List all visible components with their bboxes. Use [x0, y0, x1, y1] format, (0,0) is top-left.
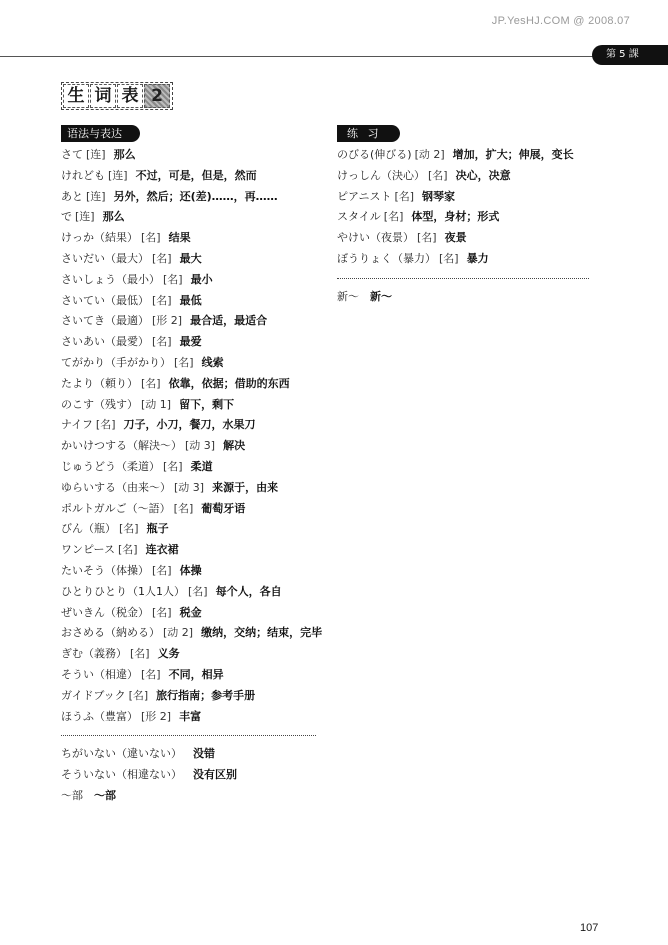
- vocab-meaning: 夜景: [445, 231, 467, 244]
- vocab-meaning: 连衣裙: [146, 543, 179, 556]
- vocab-word: ガイドブック: [61, 689, 126, 702]
- vocab-entry: のびる(伸びる)[动 2]增加，扩大；伸展，变长: [337, 145, 627, 166]
- lesson-badge: 第 5 課: [592, 45, 668, 65]
- part-of-speech: [形 2]: [141, 710, 171, 723]
- part-of-speech: [名]: [417, 231, 437, 244]
- vocab-word: たいそう（体操）: [61, 564, 149, 577]
- vocab-word: ワンピース: [61, 543, 115, 556]
- vocab-meaning: 柔道: [191, 460, 213, 473]
- vocab-list: のびる(伸びる)[动 2]增加，扩大；伸展，变长けっしん（決心）[名]决心，决意…: [337, 145, 627, 270]
- vocab-meaning: 最爱: [180, 335, 202, 348]
- part-of-speech: [名]: [152, 294, 172, 307]
- part-of-speech: [名]: [163, 273, 183, 286]
- part-of-speech: [连]: [86, 190, 106, 203]
- vocab-entry: で[连]那么: [61, 207, 321, 228]
- vocab-word: けれども: [61, 169, 105, 182]
- vocab-entry: ワンピース[名]连衣裙: [61, 540, 321, 561]
- part-of-speech: [动 2]: [415, 148, 445, 161]
- vocab-meaning: 留下，剩下: [179, 398, 234, 411]
- vocab-meaning: 另外，然后；还(差)……，再……: [114, 190, 278, 203]
- part-of-speech: [名]: [152, 606, 172, 619]
- vocab-meaning: 那么: [103, 210, 125, 223]
- vocab-entry: ひとりひとり（1人1人）[名]每个人，各自: [61, 582, 321, 603]
- vocab-word: ナイフ: [61, 418, 93, 431]
- vocab-entry: たいそう（体操）[名]体操: [61, 561, 321, 582]
- vocab-word: びん（瓶）: [61, 522, 116, 535]
- title-char: 表: [117, 84, 143, 108]
- section-label-grammar: 语法与表达: [61, 125, 140, 142]
- part-of-speech: [名]: [130, 647, 150, 660]
- vocab-word: てがかり（手がかり）: [61, 356, 171, 369]
- page-number: 107: [580, 922, 598, 934]
- vocab-entry: かいけつする（解決～）[动 3]解决: [61, 436, 321, 457]
- vocab-meaning: 体操: [180, 564, 202, 577]
- part-of-speech: [名]: [428, 169, 448, 182]
- part-of-speech: [名]: [141, 377, 161, 390]
- vocab-word: スタイル: [337, 210, 381, 223]
- vocab-meaning: 刀子，小刀，餐刀，水果刀: [124, 418, 256, 431]
- vocab-list-extra: 新～新～: [337, 287, 627, 308]
- vocab-meaning: 缴纳，交纳；结束，完毕: [201, 626, 322, 639]
- vocab-meaning: 解决: [223, 439, 245, 452]
- part-of-speech: [名]: [394, 190, 414, 203]
- part-of-speech: [形 2]: [152, 314, 182, 327]
- right-column: 练 习 のびる(伸びる)[动 2]增加，扩大；伸展，变长けっしん（決心）[名]决…: [337, 122, 627, 308]
- vocab-meaning: 来源于，由来: [212, 481, 278, 494]
- vocab-meaning: 那么: [114, 148, 136, 161]
- vocab-word: やけい（夜景）: [337, 231, 414, 244]
- dotted-divider: [61, 735, 316, 736]
- part-of-speech: [名]: [152, 335, 172, 348]
- vocab-meaning: 没有区别: [193, 768, 237, 781]
- vocab-meaning: 义务: [158, 647, 180, 660]
- part-of-speech: [动 1]: [141, 398, 171, 411]
- vocab-meaning: 决心，决意: [456, 169, 511, 182]
- vocab-word: さて: [61, 148, 83, 161]
- watermark-text: JP.YesHJ.COM @ 2008.07: [492, 15, 630, 27]
- vocab-entry: 新～新～: [337, 287, 627, 308]
- vocab-entry: ゆらいする（由来～）[动 3]来源于，由来: [61, 478, 321, 499]
- vocab-entry: さいあい（最愛）[名]最爱: [61, 332, 321, 353]
- vocab-meaning: 线索: [202, 356, 224, 369]
- vocab-entry: びん（瓶）[名]瓶子: [61, 519, 321, 540]
- vocab-word: けっしん（決心）: [337, 169, 425, 182]
- part-of-speech: [连]: [86, 148, 106, 161]
- vocab-word: ポルトガルご（～語）: [61, 502, 171, 515]
- part-of-speech: [动 3]: [174, 481, 204, 494]
- left-column: 语法与表达 さて[连]那么けれども[连]不过，可是，但是，然而あと[连]另外，然…: [61, 122, 321, 807]
- vocab-meaning: 新～: [370, 290, 392, 303]
- vocab-meaning: 瓶子: [147, 522, 169, 535]
- part-of-speech: [名]: [129, 689, 149, 702]
- vocab-entry: さいてき（最適）[形 2]最合适，最适合: [61, 311, 321, 332]
- dotted-divider: [337, 278, 589, 279]
- part-of-speech: [连]: [108, 169, 128, 182]
- title-char: 词: [90, 84, 116, 108]
- vocab-meaning: 不过，可是，但是，然而: [136, 169, 257, 182]
- vocab-word: ほうふ（豊富）: [61, 710, 138, 723]
- vocab-entry: ポルトガルご（～語）[名]葡萄牙语: [61, 499, 321, 520]
- vocab-entry: たより（頼り）[名]依靠，依据；借助的东西: [61, 374, 321, 395]
- vocab-entry: ぼうりょく（暴力）[名]暴力: [337, 249, 627, 270]
- vocab-word: かいけつする（解決～）: [61, 439, 182, 452]
- vocab-entry: てがかり（手がかり）[名]线索: [61, 353, 321, 374]
- part-of-speech: [名]: [188, 585, 208, 598]
- part-of-speech: [名]: [174, 356, 194, 369]
- part-of-speech: [名]: [96, 418, 116, 431]
- vocab-meaning: 体型，身材；形式: [411, 210, 499, 223]
- vocab-meaning: 不同，相异: [169, 668, 224, 681]
- vocab-meaning: 最大: [180, 252, 202, 265]
- vocab-meaning: 暴力: [467, 252, 489, 265]
- vocab-entry: けっか（結果）[名]结果: [61, 228, 321, 249]
- part-of-speech: [名]: [141, 231, 161, 244]
- vocab-entry: さいしょう（最小）[名]最小: [61, 270, 321, 291]
- vocab-entry: のこす（残す）[动 1]留下，剩下: [61, 395, 321, 416]
- vocab-entry: ちがいない（違いない）没错: [61, 744, 321, 765]
- vocab-meaning: 每个人，各自: [216, 585, 282, 598]
- part-of-speech: [名]: [384, 210, 404, 223]
- vocab-list-extra: ちがいない（違いない）没错そういない（相違ない）没有区别～部～部: [61, 744, 321, 806]
- vocab-word: じゅうどう（柔道）: [61, 460, 160, 473]
- vocab-word: さいてい（最低）: [61, 294, 149, 307]
- part-of-speech: [名]: [152, 252, 172, 265]
- vocab-word: そういない（相違ない）: [61, 768, 182, 781]
- part-of-speech: [名]: [119, 522, 139, 535]
- vocab-entry: スタイル[名]体型，身材；形式: [337, 207, 627, 228]
- vocab-meaning: 旅行指南；参考手册: [156, 689, 255, 702]
- vocab-entry: ～部～部: [61, 786, 321, 807]
- vocab-word: ひとりひとり（1人1人）: [61, 585, 185, 598]
- vocab-entry: あと[连]另外，然后；还(差)……，再……: [61, 187, 321, 208]
- vocab-entry: そういない（相違ない）没有区别: [61, 765, 321, 786]
- vocab-entry: ほうふ（豊富）[形 2]丰富: [61, 707, 321, 728]
- vocab-entry: さて[连]那么: [61, 145, 321, 166]
- part-of-speech: [名]: [118, 543, 138, 556]
- vocab-meaning: 没错: [193, 747, 215, 760]
- vocab-meaning: 钢琴家: [422, 190, 455, 203]
- page-title: 生 词 表 2: [61, 82, 173, 110]
- vocab-meaning: 丰富: [179, 710, 201, 723]
- part-of-speech: [名]: [439, 252, 459, 265]
- section-label-practice: 练 习: [337, 125, 400, 142]
- vocab-list: さて[连]那么けれども[连]不过，可是，但是，然而あと[连]另外，然后；还(差)…: [61, 145, 321, 727]
- vocab-word: ちがいない（違いない）: [61, 747, 182, 760]
- vocab-meaning: 最低: [180, 294, 202, 307]
- part-of-speech: [名]: [141, 668, 161, 681]
- vocab-entry: やけい（夜景）[名]夜景: [337, 228, 627, 249]
- vocab-word: あと: [61, 190, 83, 203]
- vocab-meaning: 依靠，依据；借助的东西: [169, 377, 290, 390]
- vocab-word: たより（頼り）: [61, 377, 138, 390]
- vocab-entry: おさめる（納める）[动 2]缴纳，交纳；结束，完毕: [61, 623, 321, 644]
- vocab-entry: さいてい（最低）[名]最低: [61, 291, 321, 312]
- part-of-speech: [名]: [163, 460, 183, 473]
- vocab-word: ぼうりょく（暴力）: [337, 252, 436, 265]
- vocab-entry: ナイフ[名]刀子，小刀，餐刀，水果刀: [61, 415, 321, 436]
- vocab-word: さいあい（最愛）: [61, 335, 149, 348]
- vocab-word: ～部: [61, 789, 83, 802]
- vocab-word: おさめる（納める）: [61, 626, 160, 639]
- vocab-word: ゆらいする（由来～）: [61, 481, 171, 494]
- part-of-speech: [连]: [75, 210, 95, 223]
- vocab-meaning: 最合适，最适合: [190, 314, 267, 327]
- vocab-word: さいてき（最適）: [61, 314, 149, 327]
- vocab-word: ピアニスト: [337, 190, 391, 203]
- vocab-meaning: 税金: [180, 606, 202, 619]
- vocab-word: 新～: [337, 290, 359, 303]
- vocab-word: のこす（残す）: [61, 398, 138, 411]
- vocab-entry: さいだい（最大）[名]最大: [61, 249, 321, 270]
- vocab-entry: そうい（相違）[名]不同，相异: [61, 665, 321, 686]
- vocab-entry: ぜいきん（税金）[名]税金: [61, 603, 321, 624]
- vocab-entry: じゅうどう（柔道）[名]柔道: [61, 457, 321, 478]
- vocab-entry: ピアニスト[名]钢琴家: [337, 187, 627, 208]
- vocab-entry: けれども[连]不过，可是，但是，然而: [61, 166, 321, 187]
- part-of-speech: [动 3]: [185, 439, 215, 452]
- vocab-meaning: 葡萄牙语: [201, 502, 245, 515]
- vocab-meaning: 最小: [191, 273, 213, 286]
- vocab-entry: ガイドブック[名]旅行指南；参考手册: [61, 686, 321, 707]
- title-number: 2: [144, 84, 170, 108]
- vocab-meaning: 结果: [169, 231, 191, 244]
- vocab-word: のびる(伸びる): [337, 148, 412, 161]
- vocab-meaning: ～部: [94, 789, 116, 802]
- vocab-entry: ぎむ（義務）[名]义务: [61, 644, 321, 665]
- vocab-word: ぜいきん（税金）: [61, 606, 149, 619]
- vocab-entry: けっしん（決心）[名]决心，决意: [337, 166, 627, 187]
- vocab-word: ぎむ（義務）: [61, 647, 127, 660]
- part-of-speech: [名]: [174, 502, 194, 515]
- vocab-word: さいだい（最大）: [61, 252, 149, 265]
- vocab-word: けっか（結果）: [61, 231, 138, 244]
- part-of-speech: [名]: [152, 564, 172, 577]
- vocab-word: そうい（相違）: [61, 668, 138, 681]
- header-rule: [0, 56, 600, 57]
- vocab-word: で: [61, 210, 72, 223]
- title-char: 生: [63, 84, 89, 108]
- part-of-speech: [动 2]: [163, 626, 193, 639]
- vocab-meaning: 增加，扩大；伸展，变长: [453, 148, 574, 161]
- vocab-word: さいしょう（最小）: [61, 273, 160, 286]
